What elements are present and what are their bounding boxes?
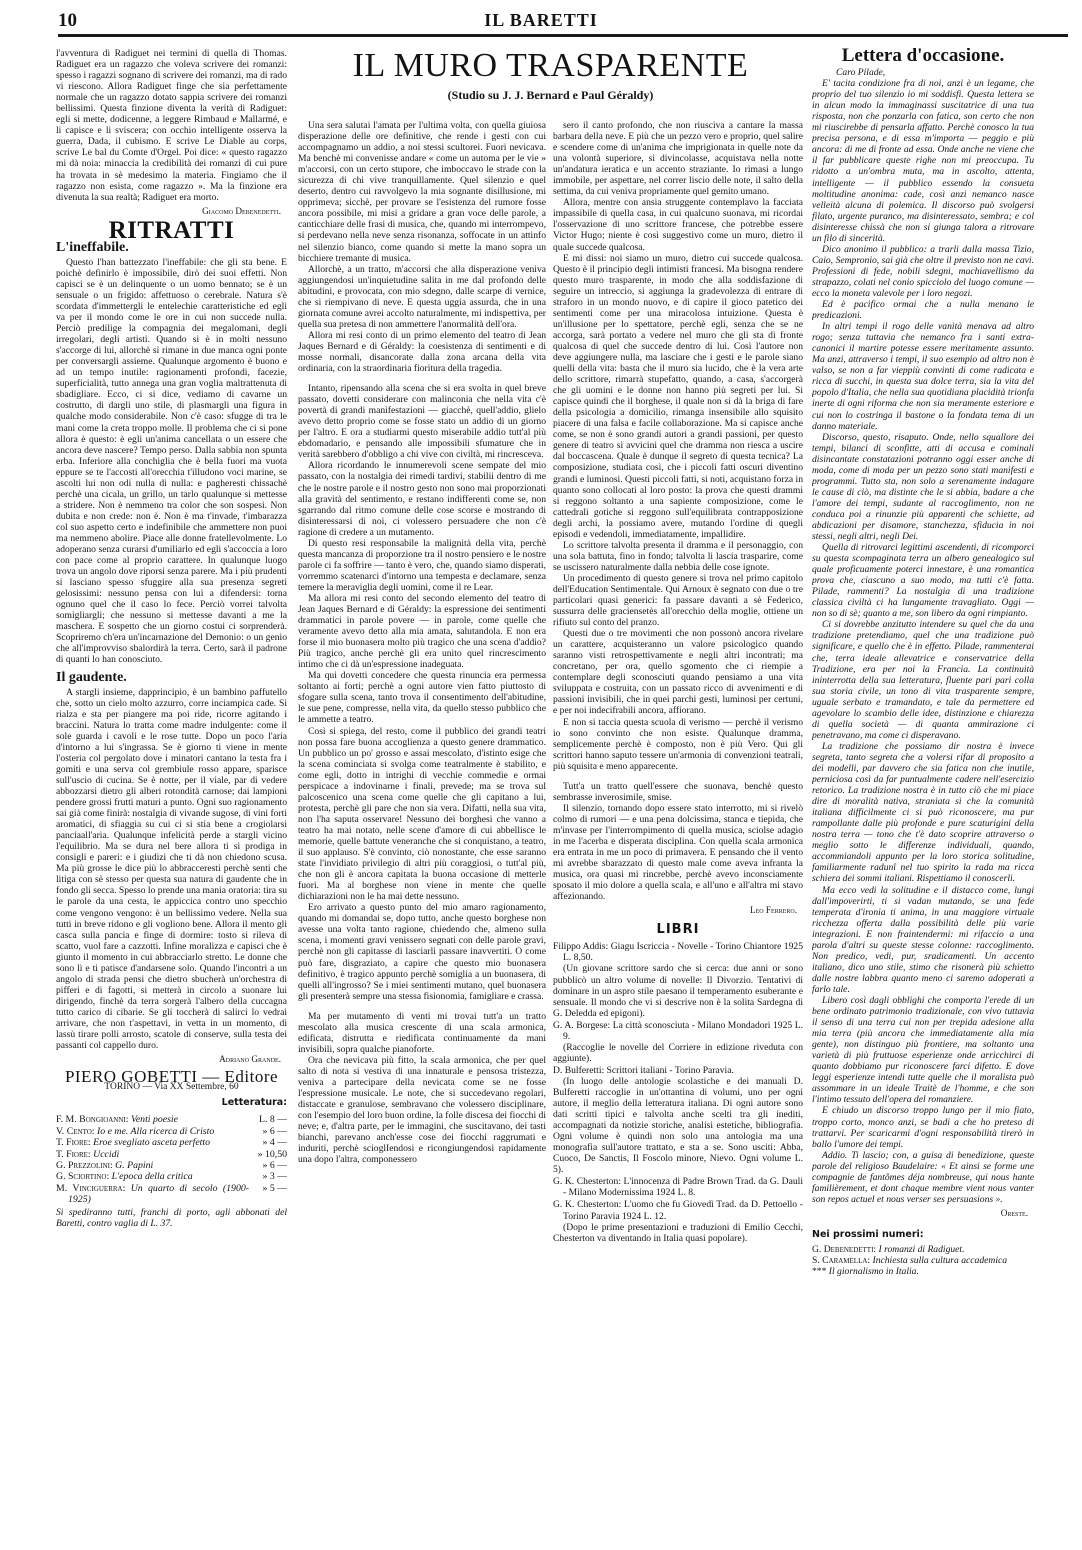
book-row: G. Prezzolini: G. Papini» 6 — bbox=[56, 1160, 287, 1171]
book-price: » 10,50 bbox=[249, 1149, 287, 1160]
salutation: Caro Pilade, bbox=[826, 67, 1034, 78]
article-paragraph: Allora mi resi conto di un primo element… bbox=[298, 330, 546, 374]
category-label: Letteratura: bbox=[56, 1097, 287, 1108]
upcoming-title: I romanzi di Radiguet. bbox=[879, 1244, 965, 1255]
upcoming-item: S. Caramella: Inchiesta sulla cultura ac… bbox=[812, 1255, 1034, 1266]
lettera-paragraph: In altri tempi il rogo delle vanità mena… bbox=[812, 321, 1034, 431]
gaudente-paragraph: A stargli insieme, dapprincipio, è un ba… bbox=[56, 687, 287, 1052]
upcoming-author: *** bbox=[812, 1266, 826, 1277]
book-note: (Raccoglie le novelle del Corriere in ed… bbox=[553, 1042, 803, 1064]
book-title: Uccidi bbox=[93, 1149, 119, 1160]
book-price: » 6 — bbox=[249, 1126, 287, 1137]
column-lettera: Lettera d'occasione. Caro Pilade, E' tac… bbox=[812, 48, 1034, 1542]
lettera-paragraph: Discorso, questo, risaputo. Onde, nello … bbox=[812, 432, 1034, 542]
book-row: F. M. Bongioanni: Venti poesieL. 8 — bbox=[56, 1114, 287, 1125]
book-title: Venti poesie bbox=[131, 1114, 178, 1125]
article-title: IL MURO TRASPARENTE bbox=[298, 48, 803, 84]
lettera-paragraph: Libero così dagli obblighi che comporta … bbox=[812, 995, 1034, 1105]
book-price: L. 8 — bbox=[249, 1114, 287, 1125]
lettera-body: E' tacita condizione fra di noi, anzi è … bbox=[812, 78, 1034, 1205]
book-entry: V. Cento: Io e me. Alla ricerca di Crist… bbox=[56, 1126, 249, 1137]
book-listing: G. A. Borgese: La città sconosciuta - Mi… bbox=[553, 1020, 803, 1042]
article-paragraph: Allora, mentre con ansia struggente cont… bbox=[553, 197, 803, 252]
article-continuation: sero il canto profondo, che non riusciva… bbox=[553, 120, 803, 902]
article-paragraph: Ma qui dovetti concedere che questa rinu… bbox=[298, 670, 546, 725]
signature-ferrero: Leo Ferrero. bbox=[553, 905, 797, 916]
lettera-heading: Lettera d'occasione. bbox=[812, 50, 1034, 61]
article-paragraph: sero il canto profondo, che non riusciva… bbox=[553, 120, 803, 197]
section-break bbox=[298, 1002, 546, 1011]
article-paragraph: E mi dissi: noi siamo un muro, dietro cu… bbox=[553, 253, 803, 540]
article-paragraph: E non si taccia questa scuola di verismo… bbox=[553, 717, 803, 772]
book-row: V. Cento: Io e me. Alla ricerca di Crist… bbox=[56, 1126, 287, 1137]
book-title: L'epoca della critica bbox=[112, 1171, 193, 1182]
article-paragraph: Allorchè, a un tratto, m'accorsi che all… bbox=[298, 264, 546, 330]
article-paragraph: Questi due o tre movimenti che non posso… bbox=[553, 628, 803, 716]
book-author: T. Fiore: bbox=[56, 1149, 91, 1160]
article-paragraph: Così si spiega, del resto, come il pubbl… bbox=[298, 726, 546, 903]
book-entry: T. Fiore: Eroe svegliato asceta perfetto bbox=[56, 1137, 249, 1148]
article-paragraph: Tutt'a un tratto quell'essere che suonav… bbox=[553, 781, 803, 803]
book-price: » 4 — bbox=[249, 1137, 287, 1148]
masthead: IL BARETTI bbox=[0, 10, 1082, 31]
article-paragraph: Il silenzio, tornando dopo essere stato … bbox=[553, 803, 803, 902]
publisher-name: PIERO GOBETTI — Editore bbox=[56, 1071, 287, 1082]
prossimi-heading: Nei prossimi numeri: bbox=[812, 1229, 1034, 1240]
book-author: F. M. Bongioanni: bbox=[56, 1114, 128, 1125]
book-note: (In luogo delle antologie scolastiche e … bbox=[553, 1076, 803, 1175]
article-subtitle: (Studio su J. J. Bernard e Paul Géraldy) bbox=[298, 88, 803, 103]
lettera-paragraph: Addio. Ti lascio; con, a guisa di benedi… bbox=[812, 1150, 1034, 1205]
article-paragraph: Ora che nevicava più fitto, la scala arm… bbox=[298, 1055, 546, 1165]
book-price: » 5 — bbox=[249, 1183, 287, 1206]
section-break bbox=[298, 374, 546, 383]
lettera-paragraph: Quella di ritrovarci legittimi ascendent… bbox=[812, 542, 1034, 619]
ineffabile-paragraph: Questo l'han battezzato l'ineffabile: ch… bbox=[56, 257, 287, 666]
signature-debenedetti: Giacomo Debenedetti. bbox=[56, 206, 281, 217]
article-paragraph: Una sera salutai l'amata per l'ultima vo… bbox=[298, 120, 546, 264]
publisher-ad: PIERO GOBETTI — Editore TORINO — Via XX … bbox=[56, 1071, 287, 1228]
lettera-paragraph: Ci si dovrebbe anzitutto intendere su qu… bbox=[812, 619, 1034, 741]
book-title: Io e me. Alla ricerca di Cristo bbox=[97, 1126, 214, 1137]
signature-grande: Adriano Grande. bbox=[56, 1054, 281, 1065]
upcoming-author: S. Caramella: bbox=[812, 1255, 870, 1266]
lettera-paragraph: E chiudo un discorso troppo lungo per il… bbox=[812, 1105, 1034, 1149]
ritratti-heading: RITRATTI bbox=[56, 225, 287, 236]
book-listing: G. K. Chesterton: L'innocenza di Padre B… bbox=[553, 1176, 803, 1198]
book-entry: G. Prezzolini: G. Papini bbox=[56, 1160, 249, 1171]
article-paragraph: Allora ricordando le innumerevoli scene … bbox=[298, 460, 546, 537]
column-muro-b: sero il canto profondo, che non riusciva… bbox=[553, 120, 803, 1542]
book-author: M. Vinciguerra: bbox=[56, 1183, 125, 1194]
article-paragraph: Ero arrivato a questo punto del mio amar… bbox=[298, 902, 546, 1001]
book-entry: G. Sciortino: L'epoca della critica bbox=[56, 1171, 249, 1182]
book-listing: G. K. Chesterton: L'uomo che fu Giovedì … bbox=[553, 1199, 803, 1221]
article-paragraph: Un procedimento di questo genere si trov… bbox=[553, 573, 803, 628]
book-row: G. Sciortino: L'epoca della critica» 3 — bbox=[56, 1171, 287, 1182]
book-author: G. Sciortino: bbox=[56, 1171, 109, 1182]
shipping-note: Si spediranno tutti, franchi di porto, a… bbox=[56, 1207, 287, 1229]
header-rule bbox=[58, 34, 1068, 37]
upcoming-item: G. Debenedetti: I romanzi di Radiguet. bbox=[812, 1244, 1034, 1255]
book-row: T. Fiore: Eroe svegliato asceta perfetto… bbox=[56, 1137, 287, 1148]
book-entry: M. Vinciguerra: Un quarto di secolo (190… bbox=[56, 1183, 249, 1206]
section-break bbox=[553, 772, 803, 781]
article-paragraph: Di questo resi responsabile la malignità… bbox=[298, 538, 546, 593]
column-ritratti: l'avventura di Radiguet nei termini di q… bbox=[56, 48, 287, 1542]
libri-list: Filippo Addis: Giagu Iscriccia - Novelle… bbox=[553, 941, 803, 1243]
libri-heading: LIBRI bbox=[553, 924, 803, 935]
upcoming-title: Il giornalismo in Italia. bbox=[829, 1266, 919, 1277]
lettera-paragraph: Dico anonimo il pubblico: a trarli dalla… bbox=[812, 244, 1034, 299]
book-title: Eroe svegliato asceta perfetto bbox=[93, 1137, 210, 1148]
book-note: (Dopo le prime presentazioni e traduzion… bbox=[553, 1222, 803, 1244]
book-note: (Un giovane scrittore sardo che si cerca… bbox=[553, 963, 803, 1018]
book-row: M. Vinciguerra: Un quarto di secolo (190… bbox=[56, 1183, 287, 1206]
article-paragraph: Ma per mutamento di venti mi trovai tutt… bbox=[298, 1011, 546, 1055]
book-author: V. Cento: bbox=[56, 1126, 95, 1137]
book-price: » 6 — bbox=[249, 1160, 287, 1171]
book-listing: Filippo Addis: Giagu Iscriccia - Novelle… bbox=[553, 941, 803, 963]
intro-paragraph: l'avventura di Radiguet nei termini di q… bbox=[56, 48, 287, 203]
article-paragraph: Intanto, ripensando alla scena che si er… bbox=[298, 383, 546, 460]
prossimi-list: G. Debenedetti: I romanzi di Radiguet.S.… bbox=[812, 1244, 1034, 1277]
book-author: G. Prezzolini: bbox=[56, 1160, 113, 1171]
lettera-paragraph: Ed è pacifico ormai che a nulla menano l… bbox=[812, 299, 1034, 321]
signature-oreste: Oreste. bbox=[812, 1208, 1028, 1219]
lettera-paragraph: La tradizione che possiamo dir nostra è … bbox=[812, 741, 1034, 885]
lettera-paragraph: E' tacita condizione fra di noi, anzi è … bbox=[812, 78, 1034, 244]
article-paragraph: Lo scrittore talvolta presenta il dramma… bbox=[553, 540, 803, 573]
lettera-paragraph: Ma ecco vedi la solitudine e il distacco… bbox=[812, 885, 1034, 995]
book-row: T. Fiore: Uccidi» 10,50 bbox=[56, 1149, 287, 1160]
book-entry: T. Fiore: Uccidi bbox=[56, 1149, 249, 1160]
book-entry: F. M. Bongioanni: Venti poesie bbox=[56, 1114, 249, 1125]
book-title: G. Papini bbox=[115, 1160, 153, 1171]
book-listing: D. Bulferetti: Scrittori italiani - Tori… bbox=[553, 1065, 803, 1076]
column-muro-a: Una sera salutai l'amata per l'ultima vo… bbox=[298, 120, 546, 1542]
upcoming-title: Inchiesta sulla cultura accademica bbox=[873, 1255, 1008, 1266]
section-heading-gaudente: Il gaudente. bbox=[56, 672, 287, 683]
article-paragraph: Ma allora mi resi conto del secondo elem… bbox=[298, 593, 546, 670]
book-author: T. Fiore: bbox=[56, 1137, 91, 1148]
upcoming-author: G. Debenedetti: bbox=[812, 1244, 876, 1255]
book-price: » 3 — bbox=[249, 1171, 287, 1182]
book-list: F. M. Bongioanni: Venti poesieL. 8 —V. C… bbox=[56, 1114, 287, 1205]
upcoming-item: *** Il giornalismo in Italia. bbox=[812, 1266, 1034, 1277]
